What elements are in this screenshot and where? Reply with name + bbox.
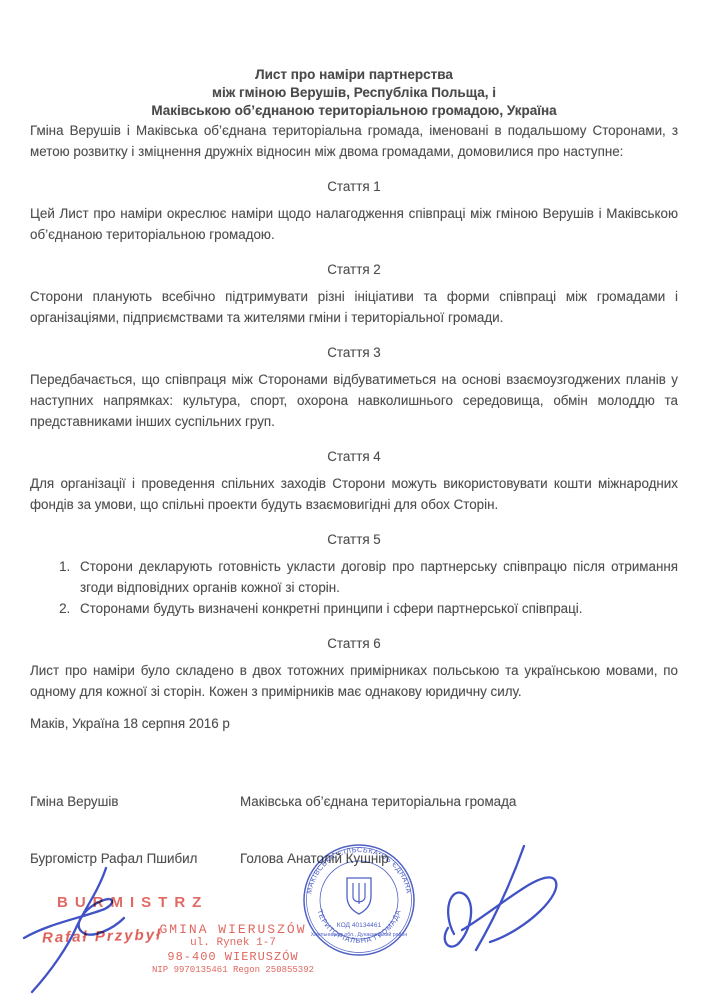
place-and-date: Маків, Україна 18 серпня 2016 р — [30, 716, 678, 731]
scanned-letter-page: Лист про наміри партнерства між гміною В… — [0, 0, 706, 1000]
handwritten-signature-right — [428, 838, 568, 968]
clause-1: Сторони декларують готовність укласти до… — [74, 556, 678, 598]
title-line-2: між гміною Верушів, Республіка Польща, і — [30, 84, 678, 102]
article-6-body: Лист про наміри було складено в двох тот… — [30, 660, 678, 702]
gmina-stamp-nip-regon: NIP 9970135461 Regon 250855392 — [128, 964, 338, 976]
signatory-left-org: Гміна Верушів — [30, 794, 118, 809]
article-3-heading: Стаття 3 — [30, 344, 678, 361]
article-1: Стаття 1 Цей Лист про наміри окреслює на… — [30, 178, 678, 245]
article-5: Стаття 5 Сторони декларують готовність у… — [30, 531, 678, 619]
article-5-list: Сторони декларують готовність укласти до… — [30, 556, 678, 619]
article-1-body: Цей Лист про наміри окреслює наміри щодо… — [30, 203, 678, 245]
seal-region-text: Хмельницька обл., Дунаєвецький район — [311, 931, 408, 938]
article-4-body: Для організації і проведення спільних за… — [30, 473, 678, 515]
article-5-heading: Стаття 5 — [30, 531, 678, 548]
handwritten-signature-left — [18, 862, 138, 997]
article-4-heading: Стаття 4 — [30, 448, 678, 465]
article-1-heading: Стаття 1 — [30, 178, 678, 195]
article-3-body: Передбачається, що співпраця між Сторона… — [30, 369, 678, 432]
article-3: Стаття 3 Передбачається, що співпраця мі… — [30, 344, 678, 432]
article-2-heading: Стаття 2 — [30, 261, 678, 278]
title-line-3: Маківською об’єднаною територіальною гро… — [30, 102, 678, 120]
article-6: Стаття 6 Лист про наміри було складено в… — [30, 635, 678, 702]
round-seal-makivska: МАКІВСЬКА СІЛЬСЬКА ОБ’ЄДНАНА ТЕРИТОРІАЛЬ… — [301, 842, 417, 958]
article-2-body: Сторони планують всебічно підтримувати р… — [30, 286, 678, 328]
preamble-paragraph: Гміна Верушів і Маківська об’єднана тери… — [30, 120, 678, 162]
article-2: Стаття 2 Сторони планують всебічно підтр… — [30, 261, 678, 328]
seal-code-text: КОД 40134461 — [337, 922, 382, 929]
clause-2: Сторонами будуть визначені конкретні при… — [74, 598, 678, 619]
document-title: Лист про наміри партнерства між гміною В… — [30, 66, 678, 120]
signatory-right-org: Маківська об’єднана територіальна громад… — [240, 794, 516, 809]
letter-body: Лист про наміри партнерства між гміною В… — [30, 0, 678, 731]
title-line-1: Лист про наміри партнерства — [30, 66, 678, 84]
trident-coat-of-arms — [347, 878, 371, 914]
article-6-heading: Стаття 6 — [30, 635, 678, 652]
article-4: Стаття 4 Для організації і проведення сп… — [30, 448, 678, 515]
